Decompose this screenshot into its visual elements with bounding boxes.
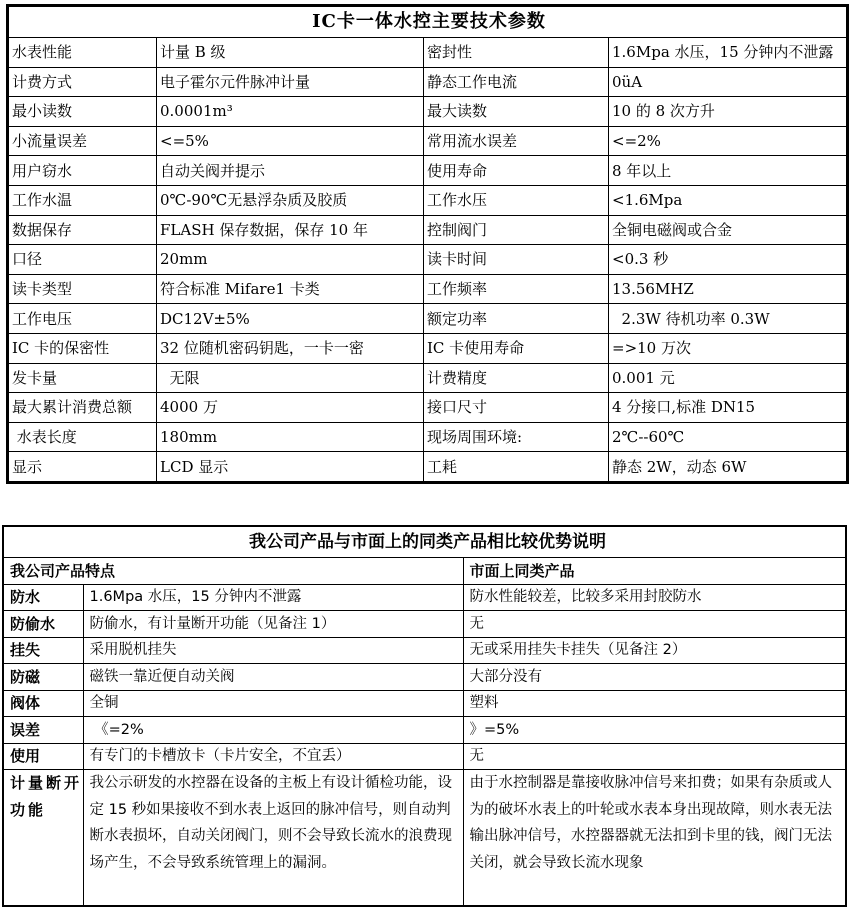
spec-label: 用户窃水 [8,156,157,186]
comparison-row: 防磁磁铁一靠近便自动关阀大部分没有 [3,664,846,691]
our-product-value: 磁铁一靠近便自动关阀 [83,664,463,691]
spec-value: 自动关阀并提示 [157,156,424,186]
spec-row: 发卡量 无限计费精度0.001 元 [8,363,848,393]
feature-label: 防磁 [3,664,83,691]
our-product-value: 全铜 [83,690,463,717]
market-product-value: 无或采用挂失卡挂失（见备注 2） [463,637,846,664]
spec-table-title: IC卡一体水控主要技术参数 [8,6,848,38]
spec-value: 13.56MHZ [609,274,848,304]
comparison-row: 防水1.6Mpa 水压，15 分钟内不泄露防水性能较差，比较多采用封胶防水 [3,584,846,611]
spec-label: 常用流水误差 [424,126,609,156]
technical-specs-table: IC卡一体水控主要技术参数 水表性能计量 B 级密封性1.6Mpa 水压，15 … [6,4,849,484]
spec-value: <=5% [157,126,424,156]
spec-value: 180mm [157,422,424,452]
spec-label: 最大累计消费总额 [8,393,157,423]
spec-label: 使用寿命 [424,156,609,186]
spec-value: 1.6Mpa 水压，15 分钟内不泄露 [609,38,848,68]
header-our-product: 我公司产品特点 [3,558,463,585]
spec-value: 0.001 元 [609,363,848,393]
our-product-value: 1.6Mpa 水压，15 分钟内不泄露 [83,584,463,611]
spec-row: 用户窃水自动关阀并提示使用寿命8 年以上 [8,156,848,186]
feature-label: 防偷水 [3,611,83,638]
comparison-title-row: 我公司产品与市面上的同类产品相比较优势说明 [3,526,846,558]
market-product-value: 由于水控制器是靠接收脉冲信号来扣费；如果有杂质或人为的破坏水表上的叶轮或水表本身… [463,770,846,906]
spec-label: 水表长度 [8,422,157,452]
feature-label: 使用 [3,743,83,770]
spec-row: 工作水温0℃-90℃无悬浮杂质及胶质工作水压<1.6Mpa [8,185,848,215]
spec-row: 计费方式电子霍尔元件脉冲计量静态工作电流0üA [8,67,848,97]
market-product-value: 大部分没有 [463,664,846,691]
comparison-row: 挂失采用脱机挂失无或采用挂失卡挂失（见备注 2） [3,637,846,664]
spec-row: 工作电压DC12V±5%额定功率 2.3W 待机功率 0.3W [8,304,848,334]
spec-value: 0℃-90℃无悬浮杂质及胶质 [157,185,424,215]
spec-row: 显示LCD 显示工耗静态 2W，动态 6W [8,452,848,483]
market-product-value: 塑料 [463,690,846,717]
market-product-value: 无 [463,611,846,638]
spec-label: IC 卡的保密性 [8,333,157,363]
spec-value: 0üA [609,67,848,97]
spec-value: 2.3W 待机功率 0.3W [609,304,848,334]
spec-label: 计费精度 [424,363,609,393]
spec-row: 数据保存FLASH 保存数据，保存 10 年控制阀门全铜电磁阀或合金 [8,215,848,245]
comparison-row: 使用有专门的卡槽放卡（卡片安全，不宜丢）无 [3,743,846,770]
market-product-value: 》=5% [463,717,846,744]
spec-value: 全铜电磁阀或合金 [609,215,848,245]
our-product-value: 防偷水，有计量断开功能（见备注 1） [83,611,463,638]
spec-value: 符合标准 Mifare1 卡类 [157,274,424,304]
spec-label: 小流量误差 [8,126,157,156]
spec-label: IC 卡使用寿命 [424,333,609,363]
comparison-row: 防偷水防偷水，有计量断开功能（见备注 1）无 [3,611,846,638]
spec-row: 最大累计消费总额4000 万接口尺寸4 分接口,标准 DN15 [8,393,848,423]
spec-label: 最大读数 [424,97,609,127]
spec-value: <1.6Mpa [609,185,848,215]
spec-label: 工作水温 [8,185,157,215]
spec-title-row: IC卡一体水控主要技术参数 [8,6,848,38]
feature-label: 计量断开功能 [3,770,83,906]
spec-label: 工耗 [424,452,609,483]
spec-value: =>10 万次 [609,333,848,363]
spec-value: 静态 2W，动态 6W [609,452,848,483]
spec-value: 无限 [157,363,424,393]
spec-label: 读卡时间 [424,245,609,275]
comparison-row: 误差 《=2%》=5% [3,717,846,744]
spec-label: 显示 [8,452,157,483]
spec-label: 数据保存 [8,215,157,245]
spec-label: 计费方式 [8,67,157,97]
our-product-value: 《=2% [83,717,463,744]
spec-label: 额定功率 [424,304,609,334]
feature-label: 防水 [3,584,83,611]
spec-value: 2℃--60℃ [609,422,848,452]
spec-value: <=2% [609,126,848,156]
spec-value: 4 分接口,标准 DN15 [609,393,848,423]
comparison-table: 我公司产品与市面上的同类产品相比较优势说明 我公司产品特点 市面上同类产品 防水… [2,525,847,907]
spec-label: 接口尺寸 [424,393,609,423]
spec-value: DC12V±5% [157,304,424,334]
spec-row: 小流量误差<=5%常用流水误差<=2% [8,126,848,156]
spec-row: 水表性能计量 B 级密封性1.6Mpa 水压，15 分钟内不泄露 [8,38,848,68]
our-product-value: 采用脱机挂失 [83,637,463,664]
market-product-value: 防水性能较差，比较多采用封胶防水 [463,584,846,611]
comparison-row: 阀体全铜塑料 [3,690,846,717]
spec-table-body: 水表性能计量 B 级密封性1.6Mpa 水压，15 分钟内不泄露计费方式电子霍尔… [8,38,848,483]
spec-row: 读卡类型符合标准 Mifare1 卡类工作频率13.56MHZ [8,274,848,304]
spec-value: 32 位随机密码钥匙，一卡一密 [157,333,424,363]
header-market-product: 市面上同类产品 [463,558,846,585]
spec-label: 读卡类型 [8,274,157,304]
spec-label: 水表性能 [8,38,157,68]
spec-label: 现场周围环境: [424,422,609,452]
spec-value: 0.0001m³ [157,97,424,127]
our-product-value: 我公示研发的水控器在设备的主板上有设计循检功能，设定 15 秒如果接收不到水表上… [83,770,463,906]
market-product-value: 无 [463,743,846,770]
spec-value: 计量 B 级 [157,38,424,68]
spec-value: 电子霍尔元件脉冲计量 [157,67,424,97]
spec-row: IC 卡的保密性32 位随机密码钥匙，一卡一密IC 卡使用寿命=>10 万次 [8,333,848,363]
spec-value: 20mm [157,245,424,275]
spec-value: LCD 显示 [157,452,424,483]
spec-row: 水表长度180mm现场周围环境:2℃--60℃ [8,422,848,452]
spec-label: 发卡量 [8,363,157,393]
spec-label: 密封性 [424,38,609,68]
spec-label: 口径 [8,245,157,275]
spec-label: 最小读数 [8,97,157,127]
spec-value: <0.3 秒 [609,245,848,275]
comparison-header-row: 我公司产品特点 市面上同类产品 [3,558,846,585]
spec-label: 静态工作电流 [424,67,609,97]
spec-row: 最小读数0.0001m³最大读数10 的 8 次方升 [8,97,848,127]
our-product-value: 有专门的卡槽放卡（卡片安全，不宜丢） [83,743,463,770]
spec-label: 工作电压 [8,304,157,334]
spec-value: 4000 万 [157,393,424,423]
spec-value: FLASH 保存数据，保存 10 年 [157,215,424,245]
feature-label: 挂失 [3,637,83,664]
spec-label: 控制阀门 [424,215,609,245]
spec-value: 10 的 8 次方升 [609,97,848,127]
comparison-row: 计量断开功能我公示研发的水控器在设备的主板上有设计循检功能，设定 15 秒如果接… [3,770,846,906]
comparison-table-body: 防水1.6Mpa 水压，15 分钟内不泄露防水性能较差，比较多采用封胶防水防偷水… [3,584,846,906]
feature-label: 阀体 [3,690,83,717]
comparison-table-title: 我公司产品与市面上的同类产品相比较优势说明 [3,526,846,558]
spec-label: 工作频率 [424,274,609,304]
spec-row: 口径20mm读卡时间<0.3 秒 [8,245,848,275]
spec-value: 8 年以上 [609,156,848,186]
feature-label: 误差 [3,717,83,744]
spec-label: 工作水压 [424,185,609,215]
